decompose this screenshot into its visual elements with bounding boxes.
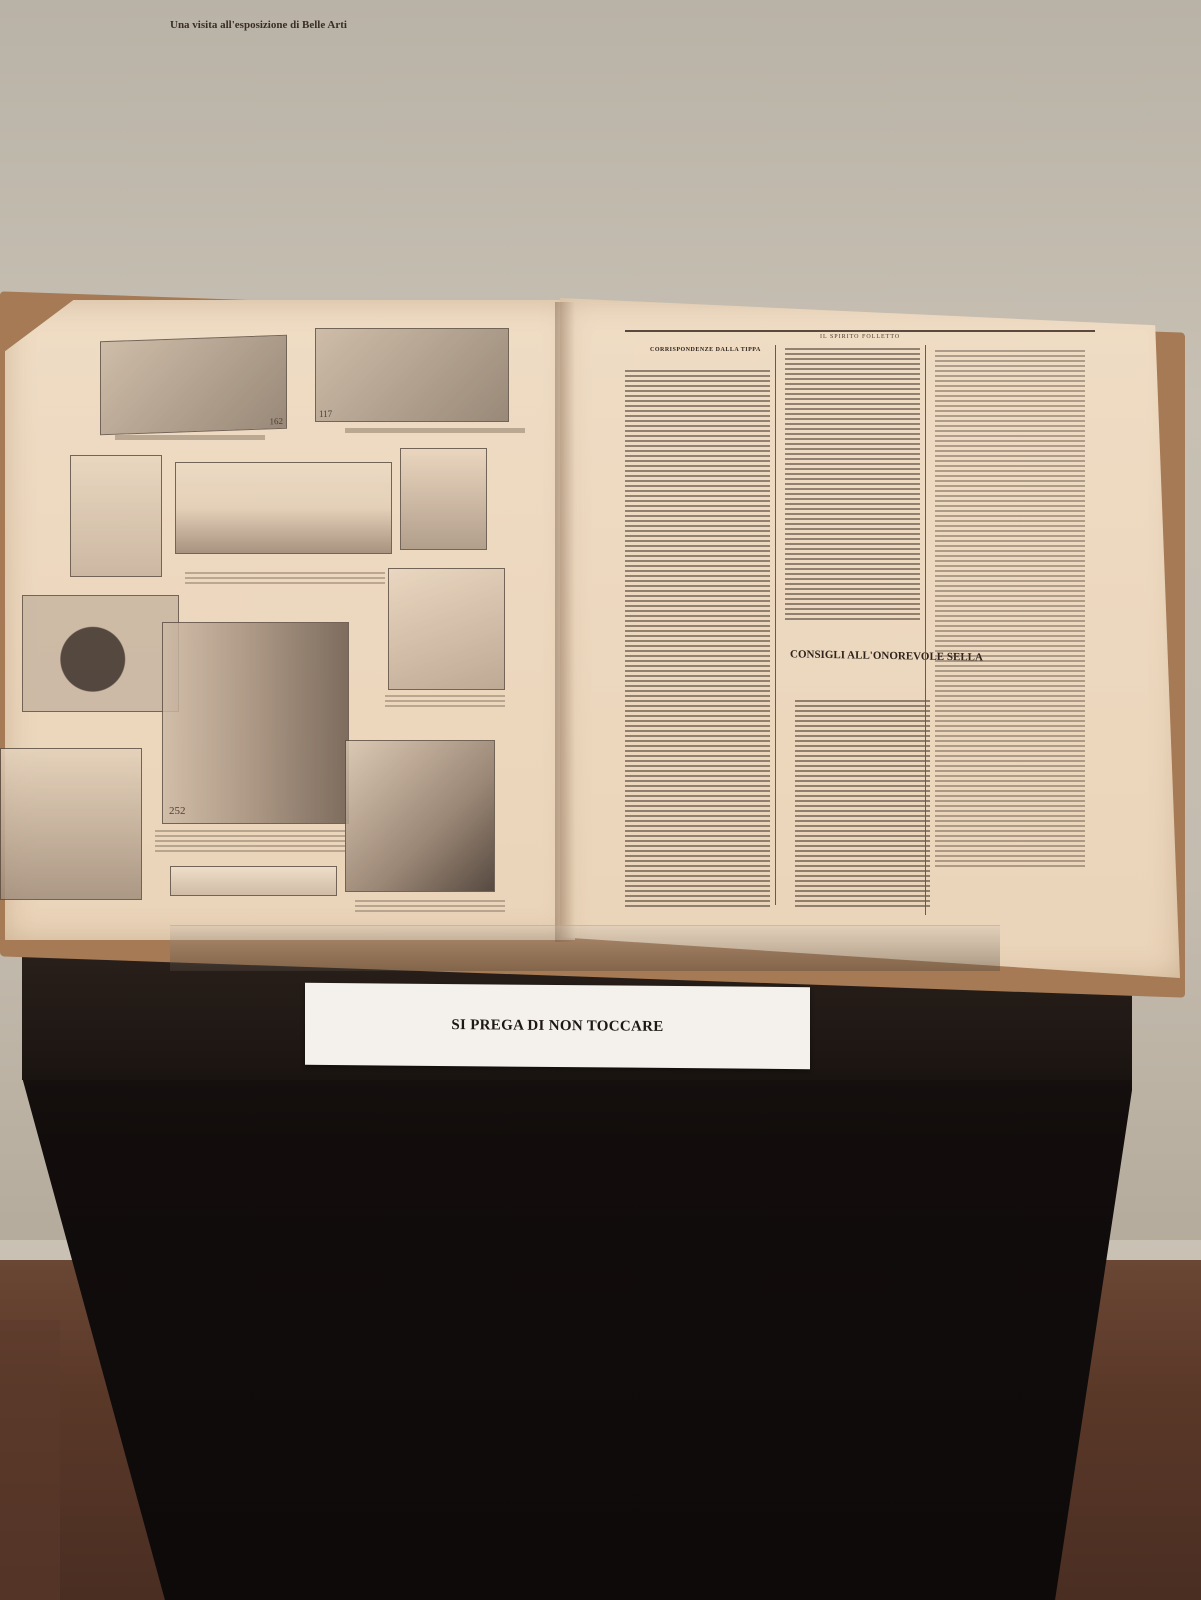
left-page-title: Una visita all'esposizione di Belle Arti — [170, 19, 347, 31]
do-not-touch-sign: SI PREGA DI NON TOCCARE — [305, 983, 810, 1069]
book-gutter — [555, 302, 575, 942]
caption-block — [355, 900, 505, 914]
text-column-2-bottom — [795, 700, 930, 910]
caption-block — [155, 830, 345, 852]
caption-line — [345, 428, 525, 433]
caption-block — [385, 695, 505, 709]
display-glass-edge — [170, 925, 1000, 971]
caption-line — [115, 435, 265, 440]
illustration-fig-1: 162 — [100, 335, 287, 436]
text-column-1 — [625, 370, 770, 910]
illustration-number: 252 — [169, 805, 186, 817]
illustration-fig-10 — [170, 866, 337, 896]
illustration-fig-2: 117 — [315, 328, 509, 422]
section-heading-corrispondenze: CORRISPONDENZE DALLA TIPPA — [650, 347, 761, 353]
illustration-fig-7: 252 — [162, 622, 349, 824]
text-column-2-top — [785, 348, 920, 620]
column-rule — [775, 345, 776, 905]
illustration-number: 117 — [319, 409, 332, 419]
running-head: IL SPIRITO FOLLETTO — [820, 334, 900, 340]
caption-block — [185, 572, 385, 586]
running-head-rule — [625, 330, 1095, 332]
illustration-fig-8 — [388, 568, 505, 690]
column-rule — [925, 345, 926, 915]
illustration-fig-11 — [345, 740, 495, 892]
floor-plank — [0, 1320, 60, 1600]
sign-text: SI PREGA DI NON TOCCARE — [451, 1017, 663, 1036]
illustration-number: 162 — [270, 416, 284, 426]
illustration-fig-5 — [400, 448, 487, 550]
illustration-fig-4 — [175, 462, 392, 554]
text-column-3 — [935, 350, 1085, 870]
illustration-fig-6 — [22, 595, 179, 712]
illustration-fig-9 — [0, 748, 142, 900]
illustration-fig-3 — [70, 455, 162, 577]
